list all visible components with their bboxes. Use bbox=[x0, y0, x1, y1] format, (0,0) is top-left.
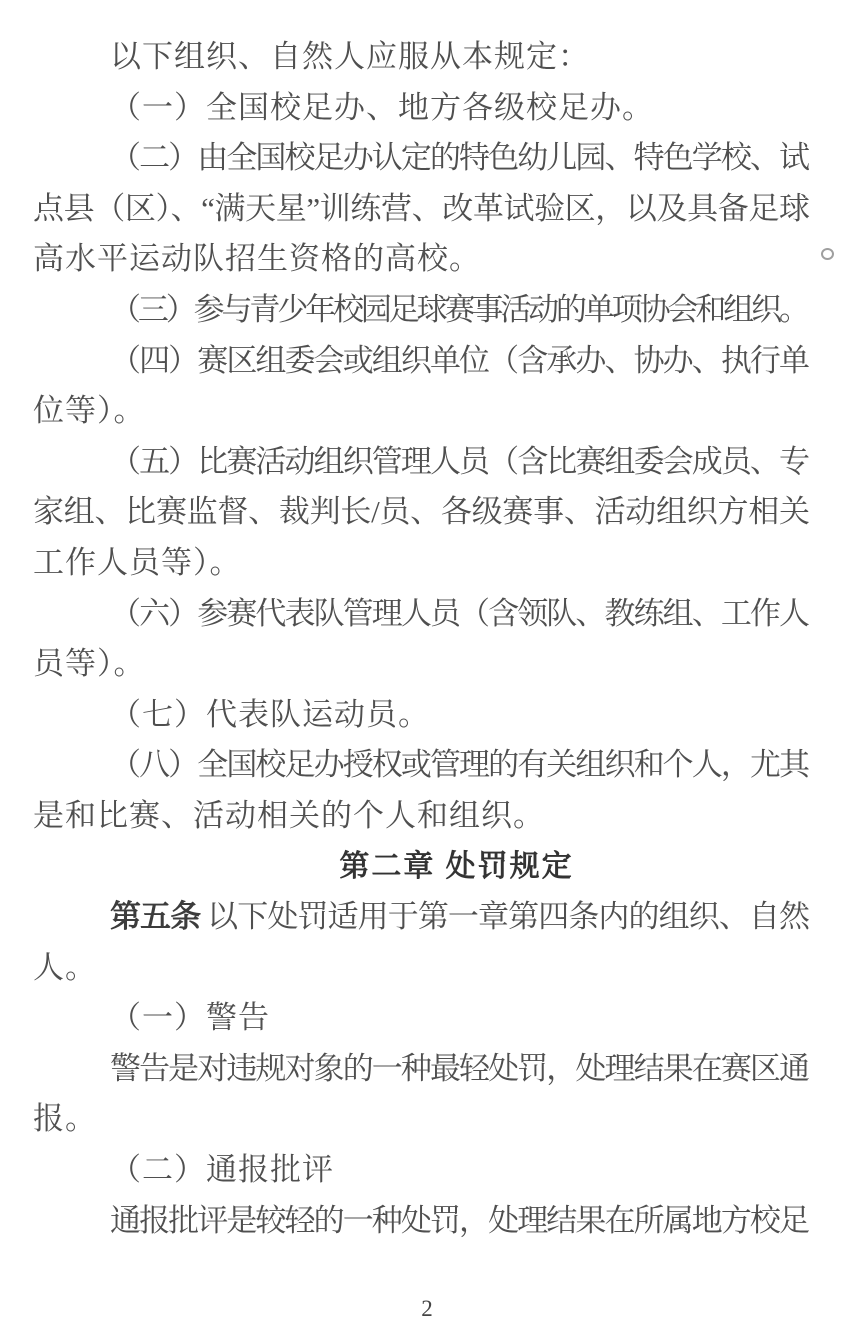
article-number: 第五条 bbox=[110, 899, 200, 934]
text-line: （二）由全国校足办认定的特色幼儿园、特色学校、试 bbox=[33, 133, 810, 184]
article-text: 以下处罚适用于第一章第四条内的组织、自然 bbox=[200, 899, 809, 934]
document-page: 以下组织、自然人应服从本规定： （一）全国校足办、地方各级校足办。 （二）由全国… bbox=[0, 0, 842, 1341]
text-line: 人。 bbox=[33, 943, 810, 994]
text-line: 家组、比赛监督、裁判长/员、各级赛事、活动组织方相关 bbox=[33, 487, 810, 538]
text-line: 是和比赛、活动相关的个人和组织。 bbox=[33, 791, 810, 842]
text-line: （七）代表队运动员。 bbox=[33, 690, 810, 741]
scan-artifact-dot bbox=[821, 248, 834, 260]
text-line: 报。 bbox=[33, 1094, 810, 1145]
text-line: 位等）。 bbox=[33, 386, 810, 437]
text-line: （二）通报批评 bbox=[33, 1145, 810, 1196]
text-line: 高水平运动队招生资格的高校。 bbox=[33, 234, 810, 285]
text-line: （六）参赛代表队管理人员（含领队、教练组、工作人 bbox=[33, 589, 810, 640]
text-line: （三）参与青少年校园足球赛事活动的单项协会和组织。 bbox=[33, 285, 810, 336]
text-line: 通报批评是较轻的一种处罚，处理结果在所属地方校足 bbox=[33, 1196, 810, 1247]
text-block: 以下组织、自然人应服从本规定： （一）全国校足办、地方各级校足办。 （二）由全国… bbox=[33, 32, 810, 1246]
text-line: 第五条 以下处罚适用于第一章第四条内的组织、自然 bbox=[33, 892, 810, 943]
text-line: 员等）。 bbox=[33, 639, 810, 690]
text-line: （八）全国校足办授权或管理的有关组织和个人，尤其 bbox=[33, 740, 810, 791]
text-line: 点县（区）、“满天星”训练营、改革试验区，以及具备足球 bbox=[33, 184, 810, 235]
text-line: （四）赛区组委会或组织单位（含承办、协办、执行单 bbox=[33, 336, 810, 387]
text-line: （一）全国校足办、地方各级校足办。 bbox=[33, 83, 810, 134]
text-line: 工作人员等）。 bbox=[33, 538, 810, 589]
text-line: 以下组织、自然人应服从本规定： bbox=[33, 32, 810, 83]
text-line: 警告是对违规对象的一种最轻处罚，处理结果在赛区通 bbox=[33, 1044, 810, 1095]
text-line: （五）比赛活动组织管理人员（含比赛组委会成员、专 bbox=[33, 437, 810, 488]
chapter-heading: 第二章 处罚规定 bbox=[33, 842, 810, 893]
page-number: 2 bbox=[0, 1296, 842, 1322]
text-line: （一）警告 bbox=[33, 993, 810, 1044]
